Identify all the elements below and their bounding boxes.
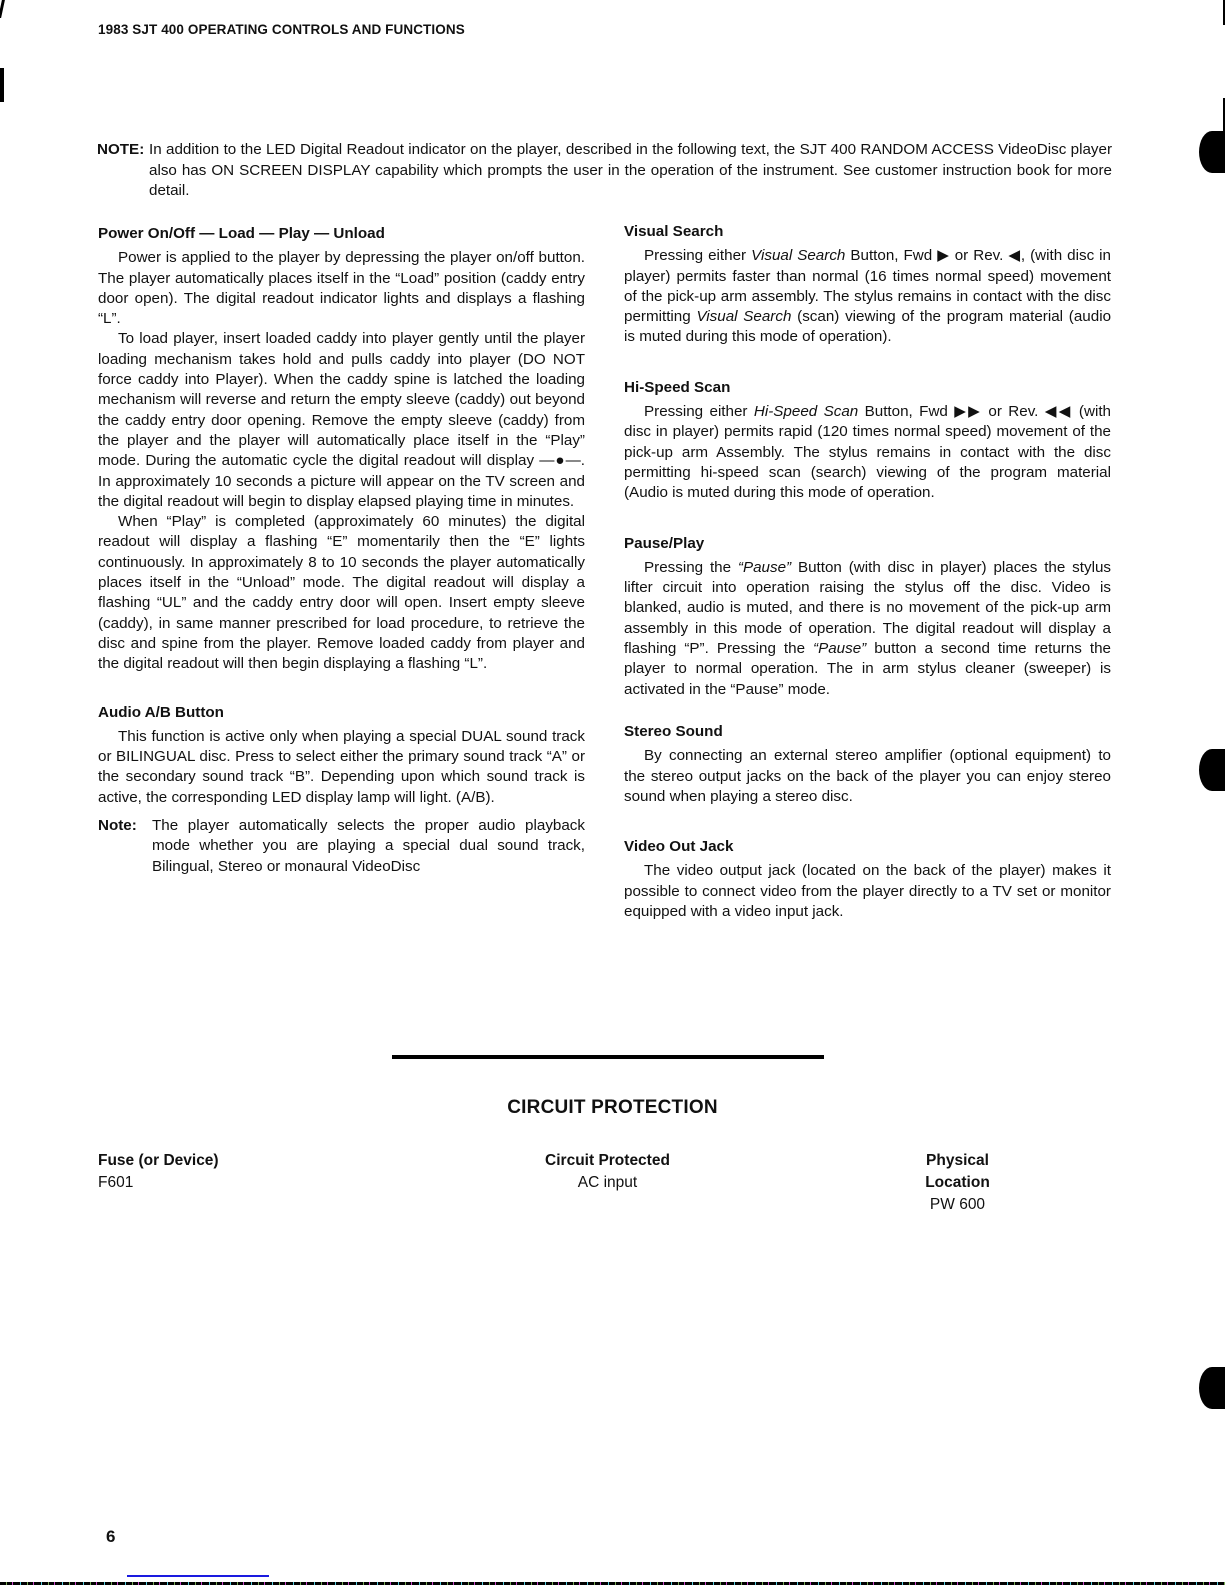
column-header: Fuse (or Device)	[98, 1150, 219, 1172]
paragraph: To load player, insert loaded caddy into…	[98, 329, 585, 512]
paragraph: Pressing either Visual Search Button, Fw…	[624, 246, 1111, 347]
page-header: 1983 SJT 400 OPERATING CONTROLS AND FUNC…	[98, 22, 465, 37]
column-value: AC input	[535, 1172, 680, 1194]
circuit-column-fuse: Fuse (or Device) F601	[98, 1150, 219, 1194]
punch-hole-icon	[1199, 749, 1225, 791]
right-column: Visual Search Pressing either Visual Sea…	[624, 222, 1111, 944]
paragraph: When “Play” is completed (approximately …	[98, 512, 585, 674]
paragraph: Pressing either Hi-Speed Scan Button, Fw…	[624, 402, 1111, 503]
column-value: PW 600	[895, 1194, 1020, 1216]
section-title: Stereo Sound	[624, 722, 1111, 742]
section-video-out: Video Out Jack The video output jack (lo…	[624, 837, 1111, 922]
section-pause-play: Pause/Play Pressing the “Pause” Button (…	[624, 534, 1111, 700]
page-number: 6	[106, 1527, 115, 1547]
paragraph: The video output jack (located on the ba…	[624, 861, 1111, 922]
note-block: NOTE: In addition to the LED Digital Rea…	[97, 140, 1112, 202]
section-hi-speed-scan: Hi-Speed Scan Pressing either Hi-Speed S…	[624, 378, 1111, 504]
paragraph: Pressing the “Pause” Button (with disc i…	[624, 558, 1111, 700]
section-title: Video Out Jack	[624, 837, 1111, 857]
section-title: Hi-Speed Scan	[624, 378, 1111, 398]
punch-hole-icon	[1199, 1367, 1225, 1409]
column-header: Circuit Protected	[535, 1150, 680, 1172]
link-underline[interactable]	[127, 1575, 269, 1577]
section-title: Visual Search	[624, 222, 1111, 242]
column-value: F601	[98, 1172, 219, 1194]
punch-hole-icon	[1199, 131, 1225, 173]
section-visual-search: Visual Search Pressing either Visual Sea…	[624, 222, 1111, 348]
section-audio-ab: Audio A/B Button This function is active…	[98, 703, 585, 877]
note-text: In addition to the LED Digital Readout i…	[149, 140, 1112, 202]
paragraph: By connecting an external stereo amplifi…	[624, 746, 1111, 807]
note-label: Note:	[98, 816, 152, 836]
audio-note: Note: The player automatically selects t…	[98, 816, 585, 877]
scan-mark	[0, 68, 4, 102]
paragraph: This function is active only when playin…	[98, 727, 585, 808]
note-label: NOTE:	[97, 140, 149, 161]
circuit-column-circuit: Circuit Protected AC input	[535, 1150, 680, 1194]
paragraph: Power is applied to the player by depres…	[98, 248, 585, 329]
circuit-column-location: Physical Location PW 600	[895, 1150, 1020, 1216]
circuit-protection-title: CIRCUIT PROTECTION	[0, 1097, 1225, 1119]
section-divider	[392, 1055, 824, 1059]
section-title: Pause/Play	[624, 534, 1111, 554]
column-header: Physical Location	[895, 1150, 1020, 1194]
left-column: Power On/Off — Load — Play — Unload Powe…	[98, 224, 585, 899]
section-title: Audio A/B Button	[98, 703, 585, 723]
section-title: Power On/Off — Load — Play — Unload	[98, 224, 585, 244]
scan-mark	[0, 0, 5, 18]
section-stereo-sound: Stereo Sound By connecting an external s…	[624, 722, 1111, 807]
note-text: The player automatically selects the pro…	[152, 816, 585, 877]
section-power: Power On/Off — Load — Play — Unload Powe…	[98, 224, 585, 675]
